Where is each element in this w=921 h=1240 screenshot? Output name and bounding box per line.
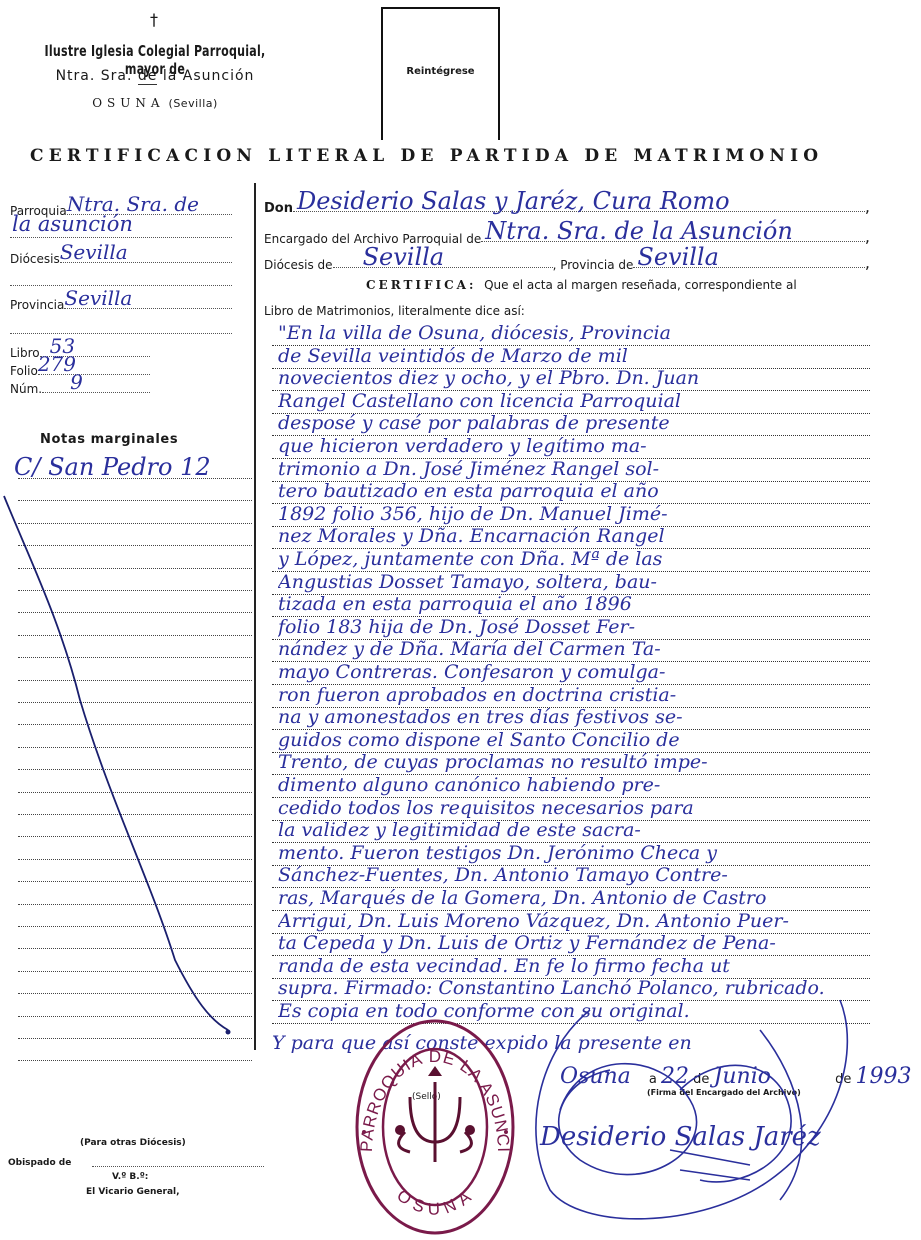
form-provincia-value: Sevilla (637, 243, 719, 271)
certifica-statement: CERTIFICA: Que el acta al margen reseñad… (366, 278, 797, 292)
body-line-text: dimento alguno canónico habiendo pre- (278, 774, 878, 796)
body-line-text: Angustias Dosset Tamayo, soltera, bau- (278, 571, 878, 593)
body-line-text: mayo Contreras. Confesaron y comulga- (278, 661, 878, 683)
certifica-text: Que el acta al margen reseñada, correspo… (484, 278, 797, 292)
body-line-text: novecientos diez y ocho, y el Pbro. Dn. … (278, 367, 878, 389)
body-line-text: que hicieron verdadero y legítimo ma- (278, 435, 878, 457)
body-line-text: 1892 folio 356, hijo de Dn. Manuel Jimé- (278, 503, 878, 525)
don-label: Don (264, 201, 293, 216)
body-line-text: nández y de Dña. María del Carmen Ta- (278, 638, 878, 660)
vicario-general-label: El Vicario General, (86, 1187, 180, 1197)
body-line-text: nez Morales y Dña. Encarnación Rangel (278, 525, 878, 547)
form-diocesis-value: Sevilla (363, 243, 445, 271)
body-line-text: ta Cepeda y Dn. Luis de Ortiz y Fernánde… (278, 932, 878, 954)
form-diocesis-line: Sevilla (333, 266, 553, 268)
signature-text: Desiderio Salas Jaréz (539, 1122, 821, 1152)
body-line-text: na y amonestados en tres días festivos s… (278, 706, 878, 728)
body-line-text: trimonio a Dn. José Jiménez Rangel sol- (278, 458, 878, 480)
body-line-text: la validez y legitimidad de este sacra- (278, 819, 878, 841)
don-value: Desiderio Salas y Jaréz, Cura Romo (297, 187, 730, 215)
comma: , (865, 197, 870, 216)
body-line-text: ron fueron aprobados en doctrina cristia… (278, 684, 878, 706)
body-line-text: Trento, de cuyas proclamas no resultó im… (278, 751, 878, 773)
form-provincia-line: Sevilla (633, 266, 865, 268)
body-line-text: y López, juntamente con Dña. Mª de las (278, 548, 878, 570)
body-line-text: guidos como dispone el Santo Concilio de (278, 729, 878, 751)
svg-text:PARROQUIA DE LA ASUNCION: PARROQUIA DE LA ASUNCION (350, 1012, 513, 1153)
visto-bueno-label: V.º B.º: (112, 1172, 148, 1182)
body-line-text: tizada en esta parroquia el año 1896 (278, 593, 878, 615)
form-provincia-label: , Provincia de (553, 258, 634, 272)
encargado-field: Encargado del Archivo Parroquial de Ntra… (264, 222, 870, 246)
body-line-text: de Sevilla veintidós de Marzo de mil (278, 345, 878, 367)
body-line-text: Sánchez-Fuentes, Dn. Antonio Tamayo Cont… (278, 864, 878, 886)
seal-text-bottom: OSUNA (393, 1184, 479, 1219)
body-line-text: tero bautizado en esta parroquia el año (278, 480, 878, 502)
body-line-text: cedido todos los requisitos necesarios p… (278, 797, 878, 819)
body-line-text: ras, Marqués de la Gomera, Dn. Antonio d… (278, 887, 878, 909)
form-diocesis-label: Diócesis de (264, 258, 333, 272)
body-line-text: Rangel Castellano con licencia Parroquia… (278, 390, 878, 412)
seal-text-top: PARROQUIA DE LA ASUNCION (350, 1012, 513, 1153)
para-otras-diocesis: (Para otras Diócesis) (80, 1138, 186, 1148)
body-line-text: desposé y casé por palabras de presente (278, 412, 878, 434)
body-line-text: Arrigui, Dn. Luis Moreno Vázquez, Dn. An… (278, 910, 878, 932)
signature-scribble: Desiderio Salas Jaréz (520, 990, 920, 1240)
encargado-value: Ntra. Sra. de la Asunción (485, 217, 793, 245)
obispado-label: Obispado de (8, 1158, 71, 1168)
diocesis-provincia-field: Diócesis de Sevilla , Provincia de Sevil… (264, 248, 870, 272)
body-line-text: "En la villa de Osuna, diócesis, Provinc… (278, 322, 878, 344)
body-line-text: mento. Fueron testigos Dn. Jerónimo Chec… (278, 842, 878, 864)
comma: , (865, 227, 870, 246)
certifica-label: CERTIFICA: (366, 278, 476, 292)
don-field: Don Desiderio Salas y Jaréz, Cura Romo, (264, 192, 870, 216)
obispado-line (92, 1166, 264, 1167)
encargado-line: Ntra. Sra. de la Asunción (481, 240, 865, 242)
parish-seal-icon: PARROQUIA DE LA ASUNCION OSUNA (350, 1012, 520, 1237)
body-line-text: folio 183 hija de Dn. José Dosset Fer- (278, 616, 878, 638)
libro-matrimonios-text: Libro de Matrimonios, literalmente dice … (264, 304, 525, 318)
svg-text:OSUNA: OSUNA (393, 1184, 479, 1219)
body-line-text: randa de esta vecindad. En fe lo firmo f… (278, 955, 878, 977)
don-line: Desiderio Salas y Jaréz, Cura Romo (293, 210, 865, 212)
comma: , (865, 253, 870, 272)
